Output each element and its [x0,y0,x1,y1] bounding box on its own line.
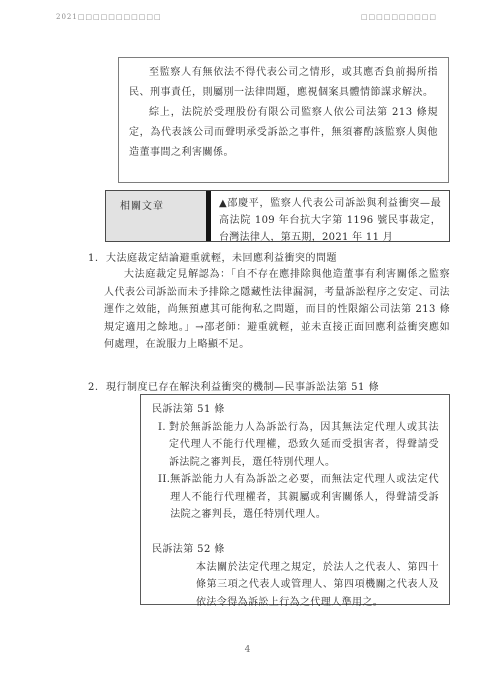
list-item-1-heading: 1.大法庭裁定結論避重就輕，未回應利益衝突的問題 [88,249,337,264]
header-right-text: □□□□□□□□□□ [361,13,437,21]
summary-box: 至監察人有無依法不得代表公司之情形，或其應否負前揭所指民、刑事責任，則屬別一法律… [118,57,449,183]
article-51-item-2: II. 無訴訟能力人有為訴訟之必要，而無法定代理人或法定代理人不能行代理權者，其… [152,471,439,524]
list-item-1-title: 大法庭裁定結論避重就輕，未回應利益衝突的問題 [106,253,337,264]
list-item-2-heading: 2.現行制度已存在解決利益衝突的機制—民事訴訟法第 51 條 [88,378,379,393]
document-page: 2021□□□□□□□□□□□ □□□□□□□□□□ 至監察人有無依法不得代表公… [0,0,495,700]
list-item-2-title: 現行制度已存在解決利益衝突的機制—民事訴訟法第 51 條 [106,382,379,393]
page-number: 4 [0,645,495,655]
law-quote-box: 民訴法第 51 條 I. 對於無訴訟能力人為訴訟行為，因其無法定代理人或其法定代… [140,394,450,605]
article-51-item-1-numeral: I. [152,419,169,472]
article-51-item-1-text: 對於無訴訟能力人為訴訟行為，因其無法定代理人或其法定代理人不能行代理權，恐致久延… [169,419,439,472]
related-articles-content: ▲邵慶平，監察人代表公司訴訟與利益衝突—最高法院 109 年台抗大字第 1196… [211,191,449,241]
list-item-1-number: 1. [88,253,106,264]
article-51-title: 民訴法第 51 條 [152,401,439,419]
summary-paragraph-2: 綜上，法院於受理股份有限公司監察人依公司法第 213 條規定，為代表該公司而聲明… [129,103,438,163]
summary-paragraph-1: 至監察人有無依法不得代表公司之情形，或其應否負前揭所指民、刑事責任，則屬別一法律… [129,63,438,103]
list-item-2-number: 2. [88,382,106,393]
related-articles-box: 相關文章 ▲邵慶平，監察人代表公司訴訟與利益衝突—最高法院 109 年台抗大字第… [105,190,450,242]
list-item-1-body: 大法庭裁定見解認為：「自不存在應排除與他造董事有利害關係之監察人代表公司訴訟而未… [104,266,450,354]
article-52-title: 民訴法第 52 條 [152,541,439,559]
article-51-item-2-numeral: II. [152,471,170,524]
article-51-item-2-text: 無訴訟能力人有為訴訟之必要，而無法定代理人或法定代理人不能行代理權者，其親屬或利… [170,471,439,524]
article-51-item-1: I. 對於無訴訟能力人為訴訟行為，因其無法定代理人或其法定代理人不能行代理權，恐… [152,419,439,472]
law-box-spacer [152,524,439,542]
header-left-text: 2021□□□□□□□□□□□ [56,13,162,21]
article-52-text: 本法關於法定代理之規定，於法人之代表人、第四十條第三項之代表人或管理人、第四項機… [196,559,439,612]
related-articles-label: 相關文章 [106,191,206,241]
